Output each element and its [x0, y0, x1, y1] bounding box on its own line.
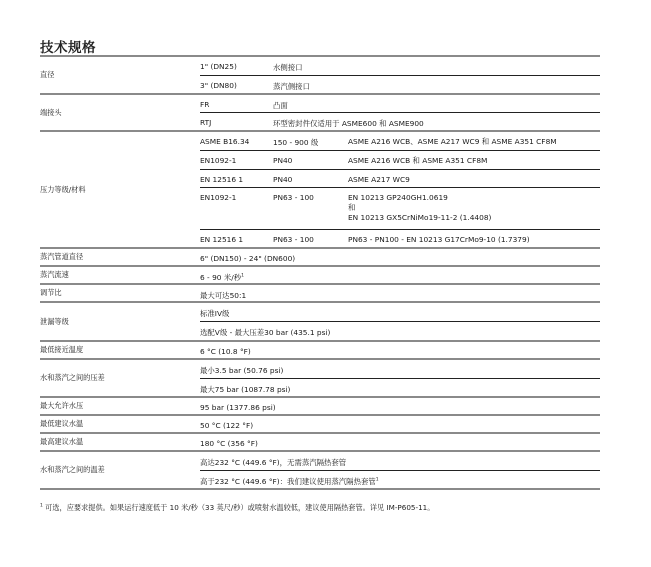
cell-value: 最大75 bar (1087.78 psi) [200, 384, 600, 395]
cell-material: PN63 - PN100 - EN 10213 G17CrMo9-10 (1.7… [348, 235, 600, 245]
spec-group-water-steam-dt: 水和蒸汽之间的温差 高达232 °C (449.6 °F)，无需蒸汽隔热套管 高… [40, 450, 600, 490]
page-title: 技术规格 [40, 36, 96, 56]
cell-value: 6 - 90 米/秒 [200, 273, 241, 282]
table-row: EN1092-1 PN63 - 100 EN 10213 GP240GH1.06… [200, 187, 600, 229]
spec-label: 水和蒸汽之间的温差 [40, 452, 200, 488]
cell-type: RTJ [200, 118, 273, 127]
table-row: 1" (DN25) 水侧接口 [200, 57, 600, 75]
cell-size: 3" (DN80) [200, 81, 273, 90]
spec-label: 最低接近温度 [40, 342, 200, 358]
table-row: 6" (DN150) - 24" (DN600) [200, 249, 600, 265]
cell-rating: PN40 [273, 156, 348, 165]
cell-rating: PN63 - 100 [273, 193, 348, 202]
cell-value: 高于232 °C (449.6 °F)：我们建议使用蒸汽隔热套管 [200, 477, 376, 486]
spec-label: 水和蒸汽之间的压差 [40, 360, 200, 396]
cell-value: 标准IV级 [200, 308, 600, 319]
spec-label: 端接头 [40, 95, 200, 130]
table-row: 高于232 °C (449.6 °F)：我们建议使用蒸汽隔热套管1 [200, 470, 600, 488]
cell-material: ASME A216 WCB、ASME A217 WC9 和 ASME A351 … [348, 137, 600, 147]
cell-desc: 凸面 [273, 100, 600, 111]
material-line: EN 10213 GX5CrNiMo19-11-2 (1.4408) [348, 213, 600, 223]
cell-standard: EN 12516 1 [200, 175, 273, 184]
spec-label: 泄漏等级 [40, 303, 200, 340]
cell-standard: EN 12516 1 [200, 235, 273, 244]
spec-label: 调节比 [40, 285, 200, 301]
cell-standard: ASME B16.34 [200, 137, 273, 146]
spec-label: 蒸汽流速 [40, 267, 200, 283]
table-row: 50 °C (122 °F) [200, 416, 600, 432]
cell-desc: 水侧接口 [273, 62, 600, 73]
spec-label: 最高建议水温 [40, 434, 200, 450]
spec-group-steam-velocity: 蒸汽流速 6 - 90 米/秒1 [40, 265, 600, 283]
table-row: 高达232 °C (449.6 °F)，无需蒸汽隔热套管 [200, 452, 600, 470]
spec-label: 直径 [40, 57, 200, 93]
table-row: 95 bar (1377.86 psi) [200, 398, 600, 414]
cell-value: 选配V级 - 最大压差30 bar (435.1 psi) [200, 327, 600, 338]
footnote-ref: 1 [241, 274, 244, 279]
cell-value: 50 °C (122 °F) [200, 421, 600, 430]
cell-standard: EN1092-1 [200, 193, 273, 202]
cell-size: 1" (DN25) [200, 62, 273, 71]
table-row: EN 12516 1 PN63 - 100 PN63 - PN100 - EN … [200, 229, 600, 247]
table-row: 最大75 bar (1087.78 psi) [200, 378, 600, 396]
footnote-marker: 1 [40, 504, 43, 509]
cell-value: 95 bar (1377.86 psi) [200, 403, 600, 412]
table-row: EN1092-1 PN40 ASME A216 WCB 和 ASME A351 … [200, 150, 600, 169]
spec-group-water-steam-dp: 水和蒸汽之间的压差 最小3.5 bar (50.76 psi) 最大75 bar… [40, 358, 600, 396]
table-row: FR 凸面 [200, 95, 600, 112]
cell-material: EN 10213 GP240GH1.0619 和 EN 10213 GX5CrN… [348, 193, 600, 223]
spec-group-max-water-pressure: 最大允许水压 95 bar (1377.86 psi) [40, 396, 600, 414]
spec-label: 最低建议水温 [40, 416, 200, 432]
table-row: 最小3.5 bar (50.76 psi) [200, 360, 600, 378]
spec-label: 最大允许水压 [40, 398, 200, 414]
cell-rating: PN40 [273, 175, 348, 184]
table-row: 最大可达50:1 [200, 285, 600, 301]
cell-value: 最小3.5 bar (50.76 psi) [200, 365, 600, 376]
cell-desc: 环型密封件仅适用于 ASME600 和 ASME900 [273, 118, 600, 129]
spec-group-leakage-class: 泄漏等级 标准IV级 选配V级 - 最大压差30 bar (435.1 psi) [40, 301, 600, 340]
table-row: 180 °C (356 °F) [200, 434, 600, 450]
cell-rating: PN63 - 100 [273, 235, 348, 244]
table-row: 选配V级 - 最大压差30 bar (435.1 psi) [200, 321, 600, 340]
spec-table: 直径 1" (DN25) 水侧接口 3" (DN80) 蒸汽侧接口 端接头 FR… [40, 55, 600, 490]
table-row: RTJ 环型密封件仅适用于 ASME600 和 ASME900 [200, 112, 600, 130]
table-row: 3" (DN80) 蒸汽侧接口 [200, 75, 600, 93]
spec-group-turndown: 调节比 最大可达50:1 [40, 283, 600, 301]
spec-label: 蒸汽管道直径 [40, 249, 200, 265]
spec-group-pressure-material: 压力等级/材料 ASME B16.34 150 - 900 级 ASME A21… [40, 130, 600, 247]
cell-desc: 蒸汽侧接口 [273, 81, 600, 92]
cell-standard: EN1092-1 [200, 156, 273, 165]
spec-group-steam-pipe-diameter: 蒸汽管道直径 6" (DN150) - 24" (DN600) [40, 247, 600, 265]
table-row: EN 12516 1 PN40 ASME A217 WC9 [200, 169, 600, 187]
footnote-ref: 1 [376, 478, 379, 483]
spec-label: 压力等级/材料 [40, 132, 200, 247]
cell-rating: 150 - 900 级 [273, 137, 348, 148]
spec-group-min-approach-temp: 最低接近温度 6 °C (10.8 °F) [40, 340, 600, 358]
cell-type: FR [200, 100, 273, 109]
cell-value: 6" (DN150) - 24" (DN600) [200, 254, 600, 263]
table-row: ASME B16.34 150 - 900 级 ASME A216 WCB、AS… [200, 132, 600, 150]
footnote: 1 可选，应要求提供。如果运行速度低于 10 米/秒（33 英尺/秒）或喷射水温… [40, 503, 434, 513]
cell-value: 6 °C (10.8 °F) [200, 347, 600, 356]
footnote-text: 可选，应要求提供。如果运行速度低于 10 米/秒（33 英尺/秒）或喷射水温较低… [45, 503, 434, 512]
spec-group-end-connection: 端接头 FR 凸面 RTJ 环型密封件仅适用于 ASME600 和 ASME90… [40, 93, 600, 130]
spec-group-diameter: 直径 1" (DN25) 水侧接口 3" (DN80) 蒸汽侧接口 [40, 55, 600, 93]
table-row: 6 °C (10.8 °F) [200, 342, 600, 358]
material-line: 和 [348, 203, 600, 213]
material-line: EN 10213 GP240GH1.0619 [348, 193, 600, 203]
cell-value: 最大可达50:1 [200, 290, 600, 301]
spec-group-min-water-temp: 最低建议水温 50 °C (122 °F) [40, 414, 600, 432]
cell-material: ASME A217 WC9 [348, 175, 600, 185]
table-row: 标准IV级 [200, 303, 600, 321]
table-row: 6 - 90 米/秒1 [200, 267, 600, 283]
cell-value: 高达232 °C (449.6 °F)，无需蒸汽隔热套管 [200, 457, 600, 468]
cell-material: ASME A216 WCB 和 ASME A351 CF8M [348, 156, 600, 166]
cell-value: 180 °C (356 °F) [200, 439, 600, 448]
spec-group-max-water-temp: 最高建议水温 180 °C (356 °F) [40, 432, 600, 450]
